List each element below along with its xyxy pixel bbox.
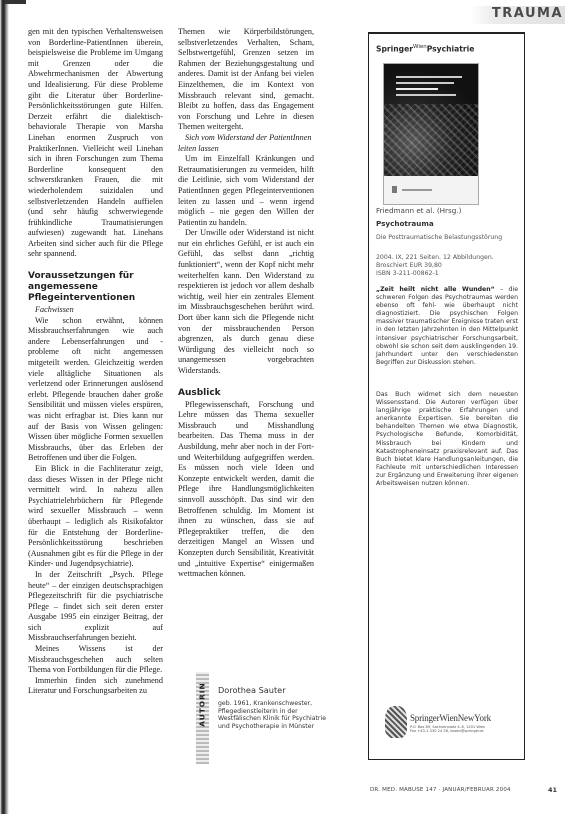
paragraph: Pflegewissenschaft, Forschung und Lehre …	[178, 400, 314, 580]
ad-brand-small: Wien	[413, 44, 427, 50]
publisher-address-line: Fax +43-1-330 24 26, books@springer.at	[410, 729, 485, 733]
cover-title-line	[396, 88, 438, 90]
section-heading: Ausblick	[178, 388, 314, 399]
paragraph: In der Zeitschrift „Psych. Pflege heute“…	[28, 570, 163, 644]
author-bio: geb. 1961, Krankenschwester, Pflegediens…	[218, 700, 336, 731]
book-quote: „Zeit heilt nicht alle Wunden“	[376, 286, 495, 293]
publisher-knight-icon	[392, 186, 397, 193]
paragraph: Um im Einzelfall Kränkungen und Retrauma…	[178, 154, 314, 228]
book-cover-image	[383, 63, 479, 205]
book-subtitle: Die Posttraumatische Belastungsstörung	[376, 234, 518, 242]
book-advertisement: SpringerWienPsychiatrie Friedmann et al.…	[368, 32, 525, 760]
paragraph: Der Unwille oder Widerstand ist nicht nu…	[178, 228, 314, 376]
springer-knight-icon	[385, 706, 407, 738]
page-spine-shadow	[0, 0, 9, 814]
paragraph: Themen wie Körperbildstörungen, selbstve…	[178, 27, 314, 133]
publisher-address: P.O. Box 89, Sachsenplatz 4–6, 1201 Wien…	[410, 725, 485, 734]
cover-title-line	[396, 94, 456, 96]
paragraph: Wie schon erwähnt, können Missbrauchserf…	[28, 316, 163, 464]
page-corner-mark	[4, 0, 26, 4]
journal-footer: DR. MED. MABUSE 147 · JANUAR/FEBRUAR 200…	[370, 787, 511, 793]
book-isbn: ISBN 3-211-00862-1	[376, 270, 518, 278]
cover-title-line	[396, 76, 462, 78]
author-tab: AUTORIN	[196, 672, 209, 764]
section-title: TRAUMA	[492, 6, 563, 21]
book-title: Psychotrauma	[376, 220, 518, 228]
cover-publisher-strip	[384, 176, 478, 204]
paragraph: Immerhin finden sich zunehmend Literatur…	[28, 676, 163, 697]
book-price: Broschiert EUR 39,80	[376, 262, 518, 270]
section-heading: Voraussetzungen für angemessene Pflegein…	[28, 271, 163, 304]
book-description-text: – die schweren Folgen des Psychotraumas …	[376, 286, 518, 366]
ad-brand-name: Springer	[376, 45, 413, 54]
book-description: „Zeit heilt nicht alle Wunden“ – die sch…	[376, 286, 518, 367]
author-name: Dorothea Sauter	[218, 685, 286, 695]
subheading: Fachwissen	[28, 305, 163, 316]
cover-title-line	[396, 82, 454, 84]
publisher-name: SpringerWienNewYork	[410, 713, 491, 723]
paragraph: Meines Wissens ist der Missbrauchsgesche…	[28, 644, 163, 676]
article-column-2: Themen wie Körperbildstörungen, selbstve…	[178, 27, 314, 580]
book-editors: Friedmann et al. (Hrsg.)	[376, 207, 518, 215]
book-meta: 2004. IX, 221 Seiten. 12 Abbildungen. Br…	[376, 254, 518, 278]
page-number: 41	[548, 786, 557, 794]
author-tab-label: AUTORIN	[198, 682, 207, 726]
ad-brand: SpringerWienPsychiatrie	[376, 44, 474, 54]
author-box: AUTORIN Dorothea Sauter geb. 1961, Krank…	[196, 672, 344, 764]
article-column-1: gen mit den typischen Verhaltensweisen v…	[28, 27, 163, 697]
publisher-logo: SpringerWienNewYork P.O. Box 89, Sachsen…	[383, 706, 513, 746]
subheading: Sich vom Widerstand der PatientInnen lei…	[178, 133, 314, 154]
paragraph: gen mit den typischen Verhaltensweisen v…	[28, 27, 163, 260]
paragraph: Ein Blick in die Fachliteratur zeigt, da…	[28, 464, 163, 570]
ad-brand-suffix: Psychiatrie	[427, 45, 475, 54]
cover-artwork	[384, 64, 478, 176]
book-description-2: Das Buch widmet sich dem neuesten Wissen…	[376, 391, 518, 488]
cover-publisher-text	[402, 189, 432, 191]
section-header: TRAUMA	[470, 6, 565, 24]
book-pages: 2004. IX, 221 Seiten. 12 Abbildungen.	[376, 254, 518, 262]
